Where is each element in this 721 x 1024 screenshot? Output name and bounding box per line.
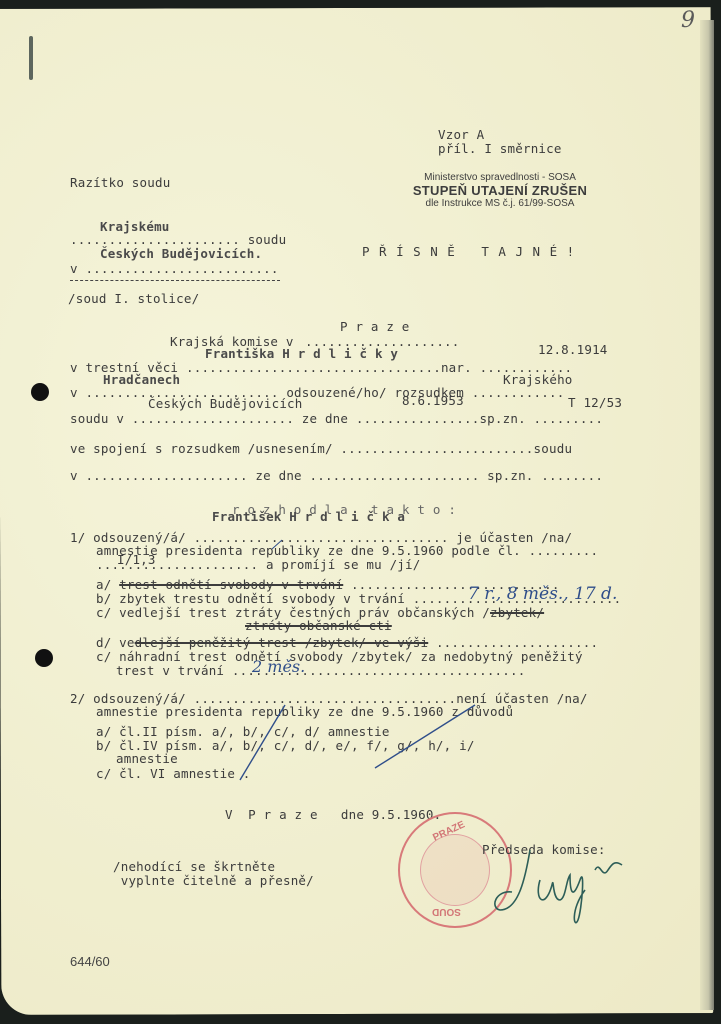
chair-signature (490, 840, 640, 935)
instruction-line2: vyplnte čitelně a přesně/ (113, 874, 314, 888)
place-date: V P r a z e dne 9.5.1960. (225, 808, 441, 822)
document-number: 644/60 (70, 954, 110, 969)
seal-emblem (420, 834, 490, 906)
seal-text-bottom: SOUD (432, 906, 461, 917)
instruction-line1: /nehodící se škrtněte (113, 860, 275, 874)
